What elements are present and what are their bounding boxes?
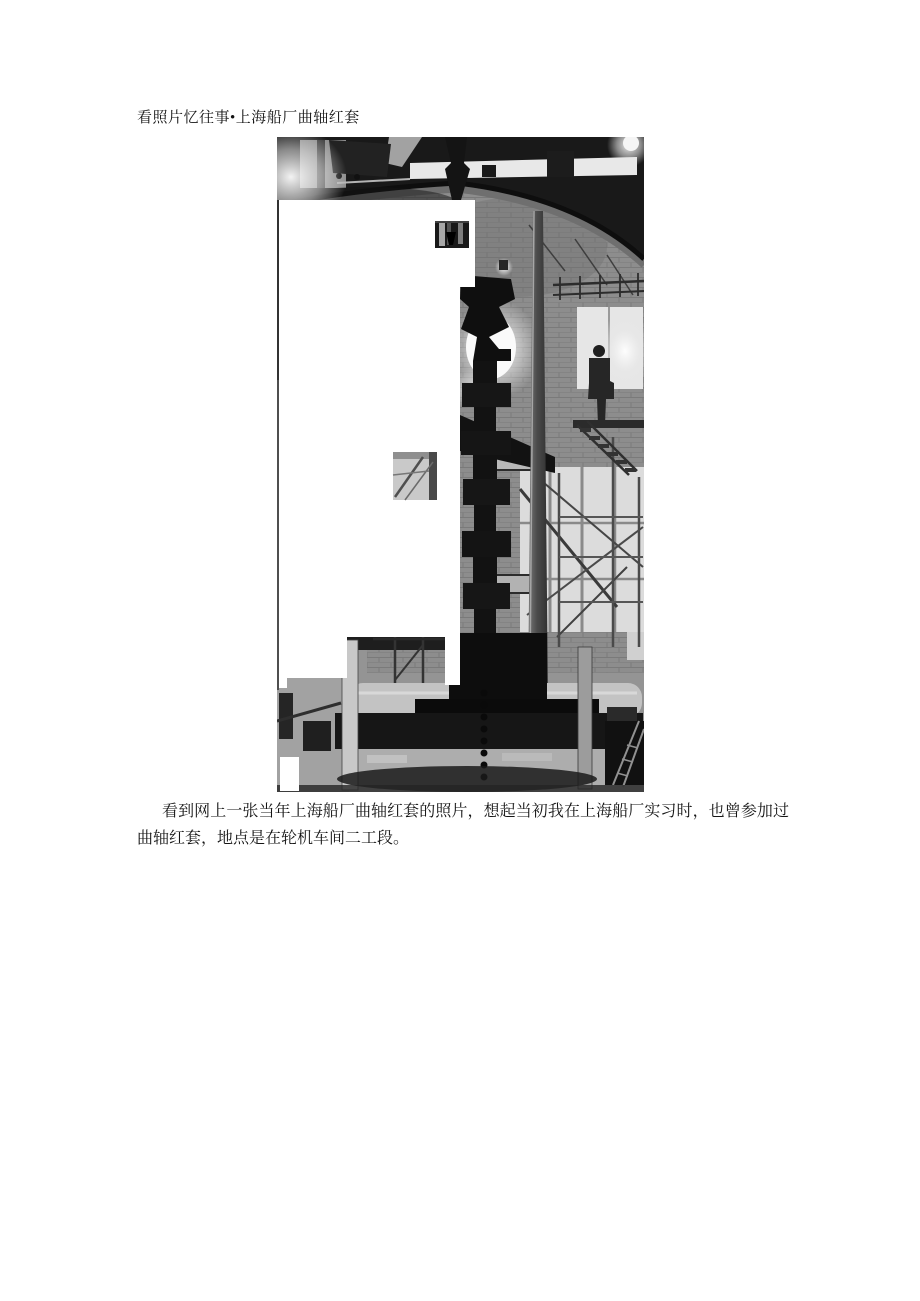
shipyard-crankshaft-photo-graphic: [277, 137, 644, 792]
photo-fragment-truss: [393, 452, 437, 500]
document-page: 看照片忆往事•上海船厂曲轴红套: [0, 0, 920, 1301]
page-title: 看照片忆往事•上海船厂曲轴红套: [137, 106, 360, 127]
photo-left-edge-line: [277, 200, 279, 690]
shipyard-crankshaft-photo: [277, 137, 644, 792]
photo-fragment-hook: [435, 221, 469, 248]
body-paragraph: 看到网上一张当年上海船厂曲轴红套的照片，想起当初我在上海船厂实习时，也曾参加过曲…: [137, 799, 789, 852]
